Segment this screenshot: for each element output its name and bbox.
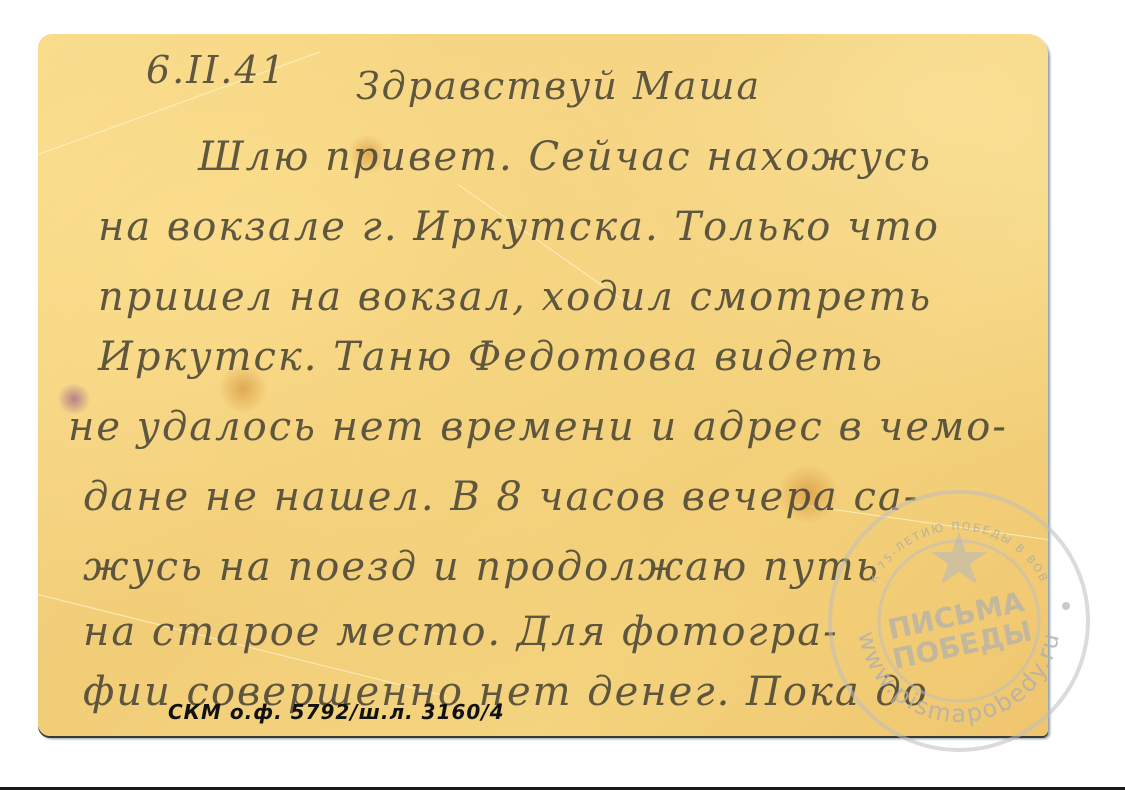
letter-line: не удалось нет времени и адрес в чемо- [68, 404, 1008, 450]
letter-greeting: Здравствуй Маша [356, 64, 761, 108]
letter-line: Шлю привет. Сейчас нахожусь [198, 134, 932, 180]
letter-line: пришел на вокзал, ходил смотреть [98, 274, 932, 320]
postcard: 6.II.41 Здравствуй Маша Шлю привет. Сейч… [38, 34, 1048, 736]
letter-line: на старое место. Для фотогра- [83, 609, 839, 655]
letter-line: Иркутск. Таню Федотова видеть [98, 334, 884, 380]
letter-date: 6.II.41 [146, 48, 287, 92]
stamp-dot [1062, 602, 1070, 610]
letter-line: жусь на поезд и продолжаю путь [83, 544, 880, 590]
archive-reference: СКМ о.ф. 5792/ш.л. 3160/4 [168, 700, 505, 724]
letter-line: на вокзале г. Иркутска. Только что [98, 204, 940, 250]
letter-line: дане не нашел. В 8 часов вечера са- [83, 474, 919, 520]
